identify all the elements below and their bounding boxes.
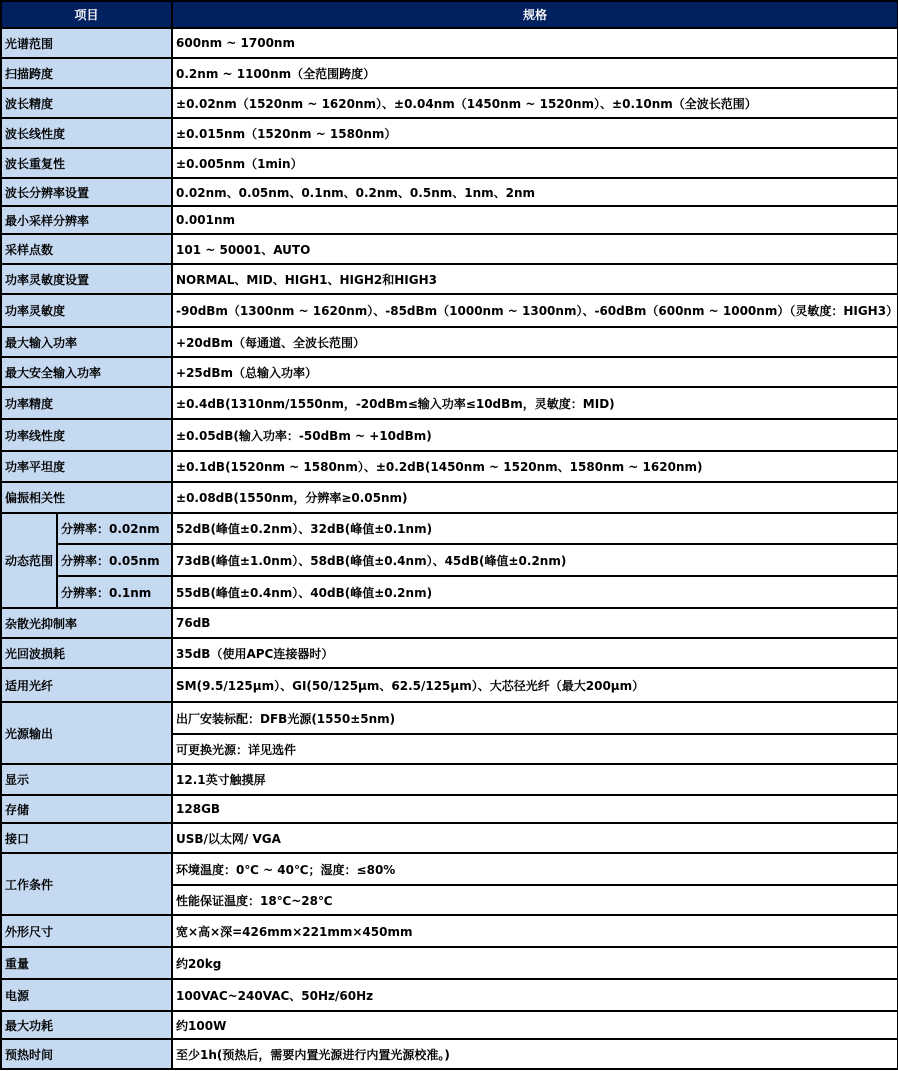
table-row: 预热时间至少1h(预热后，需要内置光源进行内置光源校准。) <box>1 1039 898 1069</box>
table-row: 显示12.1英寸触摸屏 <box>1 764 898 795</box>
row-value: 55dB(峰值±0.4nm）、40dB(峰值±0.2nm) <box>172 576 898 608</box>
row-value: 至少1h(预热后，需要内置光源进行内置光源校准。) <box>172 1039 898 1069</box>
table-header-row: 项目 规格 <box>1 1 898 28</box>
row-value: 宽×高×深=426mm×221mm×450mm <box>172 915 898 947</box>
row-label: 光谱范围 <box>1 28 172 58</box>
light-source-row: 光源输出 出厂安装标配：DFB光源(1550±5nm) <box>1 702 898 734</box>
table-row: 最大输入功率+20dBm（每通道、全波长范围） <box>1 327 898 357</box>
header-item: 项目 <box>1 1 172 28</box>
row-value: 约20kg <box>172 947 898 979</box>
row-label: 波长分辨率设置 <box>1 178 172 206</box>
row-value: 73dB(峰值±1.0nm）、58dB(峰值±0.4nm）、45dB(峰值±0.… <box>172 544 898 576</box>
row-label: 功率灵敏度 <box>1 294 172 327</box>
row-value: 0.02nm、0.05nm、0.1nm、0.2nm、0.5nm、1nm、2nm <box>172 178 898 206</box>
row-label: 电源 <box>1 979 172 1011</box>
table-row: 外形尺寸宽×高×深=426mm×221mm×450mm <box>1 915 898 947</box>
table-row: 光回波损耗35dB（使用APC连接器时） <box>1 638 898 668</box>
row-label: 最大安全输入功率 <box>1 357 172 387</box>
table-row: 最大功耗约100W <box>1 1011 898 1039</box>
row-label: 接口 <box>1 823 172 853</box>
row-label: 波长精度 <box>1 88 172 118</box>
table-row: 电源100VAC~240VAC、50Hz/60Hz <box>1 979 898 1011</box>
table-row: 功率平坦度±0.1dB(1520nm ~ 1580nm）、±0.2dB(1450… <box>1 451 898 482</box>
table-row: 功率灵敏度-90dBm（1300nm ~ 1620nm）、-85dBm（1000… <box>1 294 898 327</box>
row-label: 功率精度 <box>1 387 172 419</box>
row-label: 最大输入功率 <box>1 327 172 357</box>
dynamic-range-row: 动态范围 分辨率：0.02nm 52dB(峰值±0.2nm）、32dB(峰值±0… <box>1 513 898 544</box>
row-label: 显示 <box>1 764 172 795</box>
light-source-line: 出厂安装标配：DFB光源(1550±5nm) <box>172 702 898 734</box>
spec-table: 项目 规格 光谱范围600nm ~ 1700nm 扫描跨度0.2nm ~ 110… <box>0 0 898 1070</box>
dynamic-range-row: 分辨率：0.1nm 55dB(峰值±0.4nm）、40dB(峰值±0.2nm) <box>1 576 898 608</box>
row-label: 预热时间 <box>1 1039 172 1069</box>
row-label: 波长重复性 <box>1 148 172 178</box>
row-label: 功率线性度 <box>1 419 172 451</box>
row-value: ±0.005nm（1min） <box>172 148 898 178</box>
row-value: 35dB（使用APC连接器时） <box>172 638 898 668</box>
row-value: 600nm ~ 1700nm <box>172 28 898 58</box>
row-label: 偏振相关性 <box>1 482 172 513</box>
light-source-line: 可更换光源：详见选件 <box>172 734 898 764</box>
row-value: SM(9.5/125μm）、GI(50/125μm、62.5/125μm）、大芯… <box>172 668 898 702</box>
table-row: 适用光纤SM(9.5/125μm）、GI(50/125μm、62.5/125μm… <box>1 668 898 702</box>
table-row: 功率线性度±0.05dB(输入功率：-50dBm ~ +10dBm) <box>1 419 898 451</box>
row-value: 100VAC~240VAC、50Hz/60Hz <box>172 979 898 1011</box>
table-row: 功率精度±0.4dB(1310nm/1550nm，-20dBm≤输入功率≤10d… <box>1 387 898 419</box>
row-value: +25dBm（总输入功率） <box>172 357 898 387</box>
row-label: 重量 <box>1 947 172 979</box>
row-label: 扫描跨度 <box>1 58 172 88</box>
row-value: 128GB <box>172 795 898 823</box>
working-conditions-label: 工作条件 <box>1 853 172 915</box>
working-conditions-line: 性能保证温度：18℃~28℃ <box>172 885 898 915</box>
row-label: 适用光纤 <box>1 668 172 702</box>
row-value: ±0.015nm（1520nm ~ 1580nm） <box>172 118 898 148</box>
row-value: USB/以太网/ VGA <box>172 823 898 853</box>
row-label: 波长线性度 <box>1 118 172 148</box>
row-label: 存储 <box>1 795 172 823</box>
table-row: 最大安全输入功率+25dBm（总输入功率） <box>1 357 898 387</box>
row-value: ±0.1dB(1520nm ~ 1580nm）、±0.2dB(1450nm ~ … <box>172 451 898 482</box>
table-row: 采样点数101 ~ 50001、AUTO <box>1 234 898 264</box>
table-row: 重量约20kg <box>1 947 898 979</box>
table-row: 偏振相关性±0.08dB(1550nm，分辨率≥0.05nm) <box>1 482 898 513</box>
table-row: 存储128GB <box>1 795 898 823</box>
row-label: 采样点数 <box>1 234 172 264</box>
row-value: ±0.08dB(1550nm，分辨率≥0.05nm) <box>172 482 898 513</box>
row-label: 功率灵敏度设置 <box>1 264 172 294</box>
table-row: 杂散光抑制率76dB <box>1 608 898 638</box>
row-label: 杂散光抑制率 <box>1 608 172 638</box>
row-value: 约100W <box>172 1011 898 1039</box>
resolution-sublabel: 分辨率：0.1nm <box>57 576 172 608</box>
resolution-sublabel: 分辨率：0.02nm <box>57 513 172 544</box>
row-value: ±0.4dB(1310nm/1550nm，-20dBm≤输入功率≤10dBm，灵… <box>172 387 898 419</box>
row-value: 0.2nm ~ 1100nm（全范围跨度） <box>172 58 898 88</box>
table-row: 波长分辨率设置0.02nm、0.05nm、0.1nm、0.2nm、0.5nm、1… <box>1 178 898 206</box>
table-row: 功率灵敏度设置NORMAL、MID、HIGH1、HIGH2和HIGH3 <box>1 264 898 294</box>
resolution-sublabel: 分辨率：0.05nm <box>57 544 172 576</box>
table-row: 波长精度±0.02nm（1520nm ~ 1620nm）、±0.04nm（145… <box>1 88 898 118</box>
row-value: ±0.05dB(输入功率：-50dBm ~ +10dBm) <box>172 419 898 451</box>
row-value: 101 ~ 50001、AUTO <box>172 234 898 264</box>
row-label: 外形尺寸 <box>1 915 172 947</box>
row-value: -90dBm（1300nm ~ 1620nm）、-85dBm（1000nm ~ … <box>172 294 898 327</box>
row-value: ±0.02nm（1520nm ~ 1620nm）、±0.04nm（1450nm … <box>172 88 898 118</box>
table-row: 接口USB/以太网/ VGA <box>1 823 898 853</box>
table-row: 波长重复性±0.005nm（1min） <box>1 148 898 178</box>
table-row: 最小采样分辨率0.001nm <box>1 206 898 234</box>
row-value: 0.001nm <box>172 206 898 234</box>
row-label: 功率平坦度 <box>1 451 172 482</box>
light-source-label: 光源输出 <box>1 702 172 764</box>
row-label: 光回波损耗 <box>1 638 172 668</box>
row-value: 52dB(峰值±0.2nm）、32dB(峰值±0.1nm) <box>172 513 898 544</box>
working-conditions-line: 环境温度：0℃ ~ 40℃；湿度：≤80% <box>172 853 898 885</box>
row-label: 最大功耗 <box>1 1011 172 1039</box>
dynamic-range-label: 动态范围 <box>1 513 57 608</box>
table-row: 波长线性度±0.015nm（1520nm ~ 1580nm） <box>1 118 898 148</box>
row-value: 12.1英寸触摸屏 <box>172 764 898 795</box>
dynamic-range-row: 分辨率：0.05nm 73dB(峰值±1.0nm）、58dB(峰值±0.4nm）… <box>1 544 898 576</box>
row-value: 76dB <box>172 608 898 638</box>
row-value: +20dBm（每通道、全波长范围） <box>172 327 898 357</box>
header-spec: 规格 <box>172 1 898 28</box>
row-label: 最小采样分辨率 <box>1 206 172 234</box>
table-row: 光谱范围600nm ~ 1700nm <box>1 28 898 58</box>
row-value: NORMAL、MID、HIGH1、HIGH2和HIGH3 <box>172 264 898 294</box>
table-row: 扫描跨度0.2nm ~ 1100nm（全范围跨度） <box>1 58 898 88</box>
working-conditions-row: 工作条件 环境温度：0℃ ~ 40℃；湿度：≤80% <box>1 853 898 885</box>
